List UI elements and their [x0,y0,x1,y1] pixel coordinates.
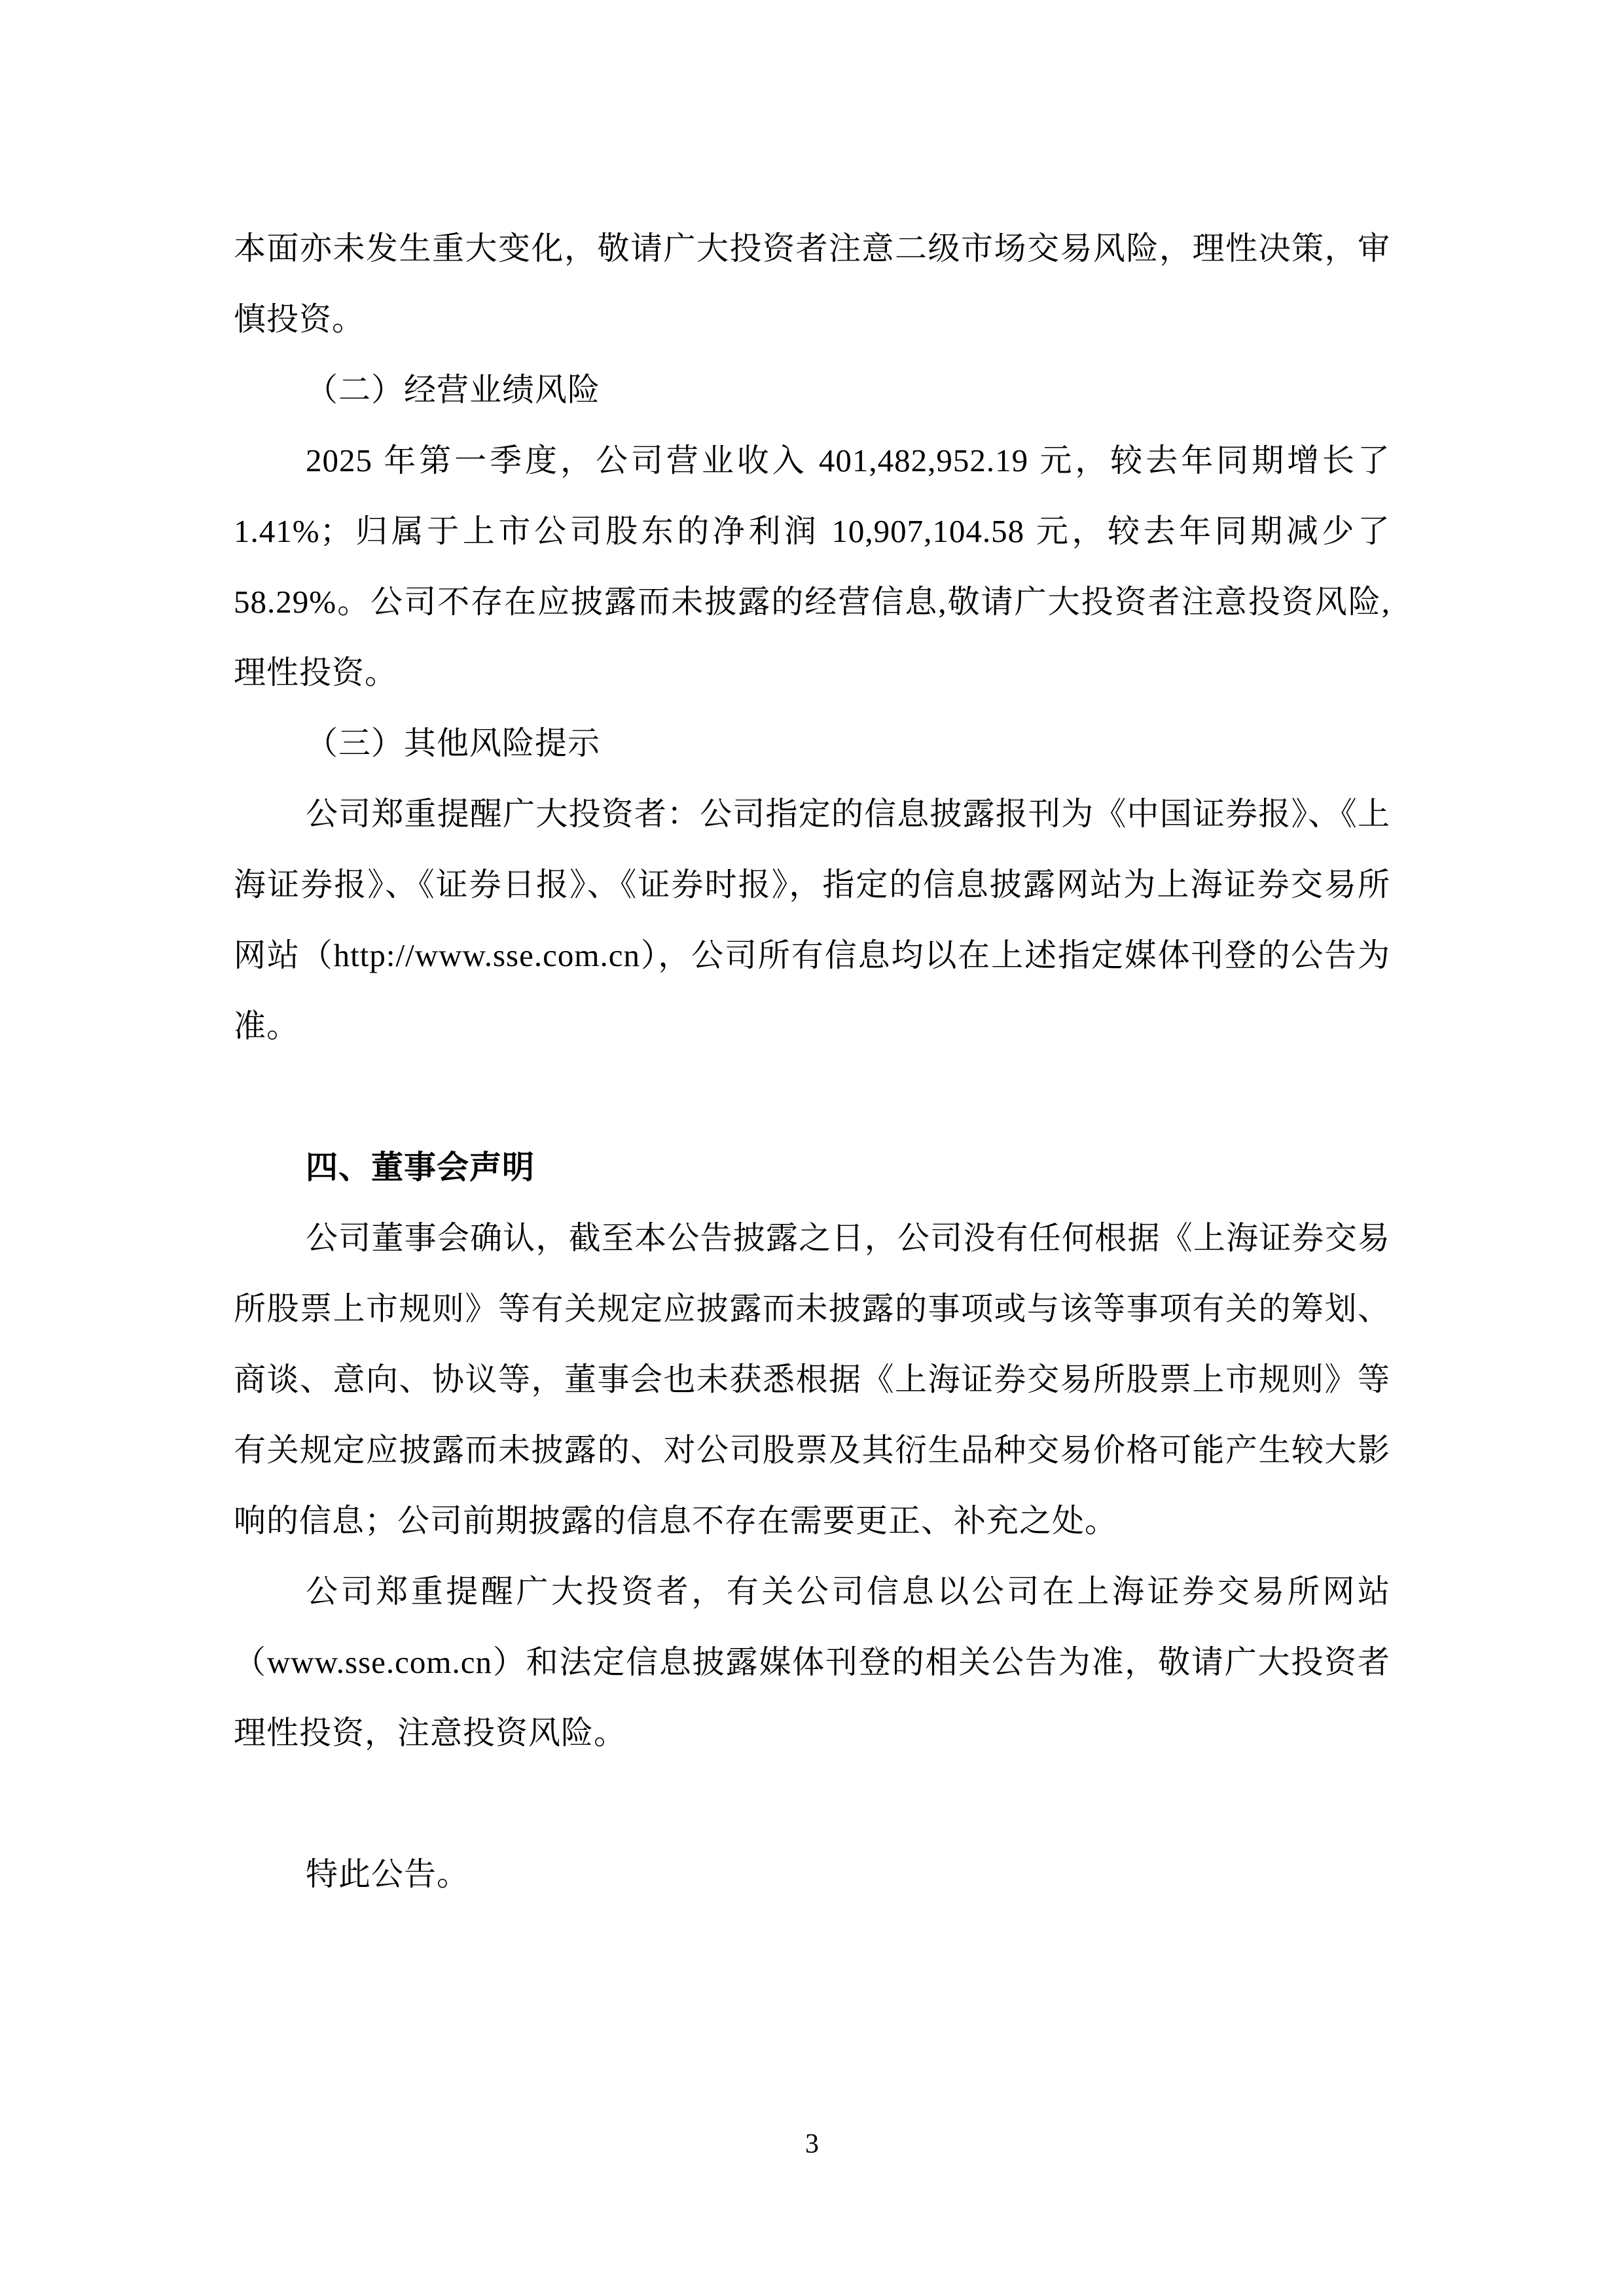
body-line: 58.29%。公司不存在应披露而未披露的经营信息,敬请广大投资者注意投资风险, [234,567,1390,637]
continuation-line: 本面亦未发生重大变化，敬请广大投资者注意二级市场交易风险，理性决策，审 [234,213,1390,284]
subheading-operating-risk: （二）经营业绩风险 [234,355,1390,425]
body-line: 海证券报》、《证券日报》、《证券时报》，指定的信息披露网站为上海证券交易所 [234,850,1390,920]
body-line: 公司郑重提醒广大投资者：公司指定的信息披露报刊为《中国证券报》、《上 [234,779,1390,850]
body-line-with-url: （www.sse.com.cn）和法定信息披露媒体刊登的相关公告为准，敬请广大投… [234,1627,1390,1698]
heading-board-statement: 四、董事会声明 [234,1132,1390,1203]
body-line: 公司郑重提醒广大投资者，有关公司信息以公司在上海证券交易所网站 [234,1556,1390,1627]
body-line: 有关规定应披露而未披露的、对公司股票及其衍生品种交易价格可能产生较大影 [234,1415,1390,1486]
body-line: 响的信息；公司前期披露的信息不存在需要更正、补充之处。 [234,1486,1390,1556]
document-page: 本面亦未发生重大变化，敬请广大投资者注意二级市场交易风险，理性决策，审 慎投资。… [0,0,1624,2296]
body-line: 商谈、意向、协议等，董事会也未获悉根据《上海证券交易所股票上市规则》等 [234,1344,1390,1415]
closing-line: 特此公告。 [234,1839,1390,1910]
body-line: 2025 年第一季度，公司营业收入 401,482,952.19 元，较去年同期… [234,425,1390,496]
blank-line [234,1768,1390,1839]
document-body: 本面亦未发生重大变化，敬请广大投资者注意二级市场交易风险，理性决策，审 慎投资。… [234,213,1390,1910]
page-number: 3 [0,2128,1624,2160]
body-line: 所股票上市规则》等有关规定应披露而未披露的事项或与该等事项有关的筹划、 [234,1274,1390,1344]
blank-line [234,1062,1390,1132]
body-line: 公司董事会确认，截至本公告披露之日，公司没有任何根据《上海证券交易 [234,1203,1390,1274]
body-line: 1.41%；归属于上市公司股东的净利润 10,907,104.58 元，较去年同… [234,496,1390,567]
body-line: 准。 [234,991,1390,1062]
body-line: 理性投资，注意投资风险。 [234,1698,1390,1768]
body-line: 慎投资。 [234,284,1390,355]
subheading-other-risk: （三）其他风险提示 [234,708,1390,779]
body-line: 理性投资。 [234,637,1390,708]
body-line-with-url: 网站（http://www.sse.com.cn），公司所有信息均以在上述指定媒… [234,920,1390,991]
